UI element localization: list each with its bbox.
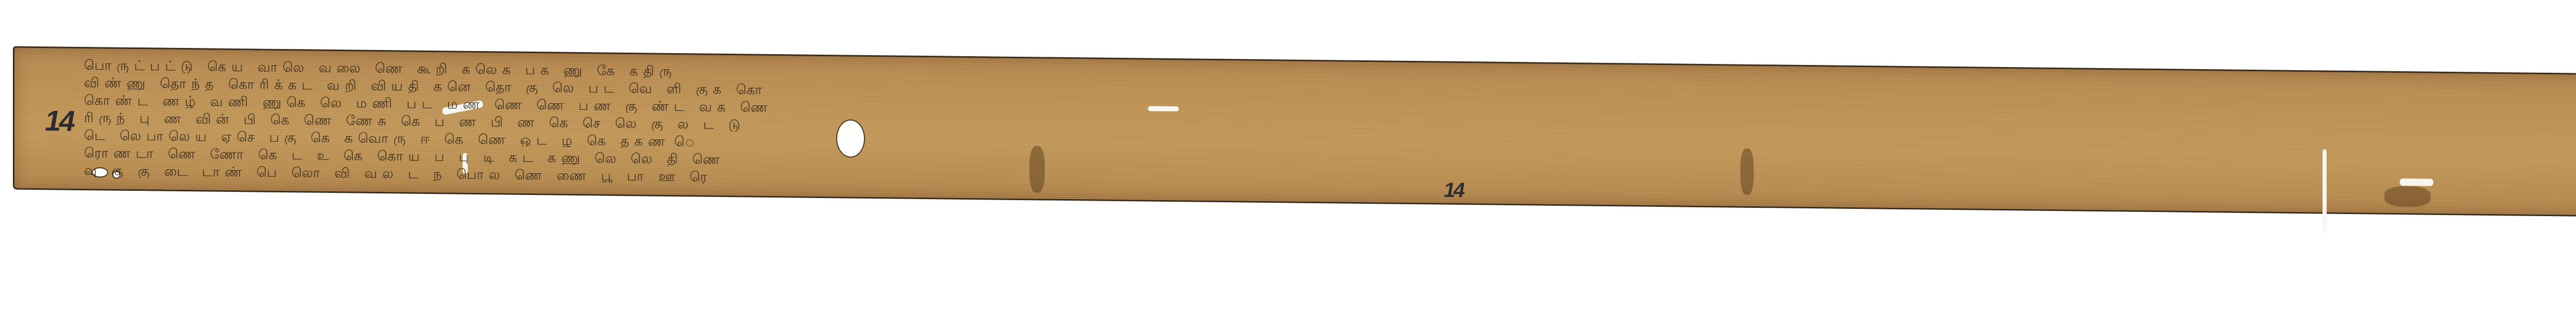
manuscript-text: பொருட்பட்டு கெய வாலெ வலை ணெ கூறி கலெக பக… bbox=[84, 58, 2576, 212]
bottom-margin-mark: 14 bbox=[1442, 179, 1465, 202]
palm-leaf: 14 பொருட்பட்டு கெய வாலெ வலை ணெ கூறி கலெக… bbox=[13, 46, 2576, 219]
left-margin-mark: 14 bbox=[42, 104, 76, 137]
